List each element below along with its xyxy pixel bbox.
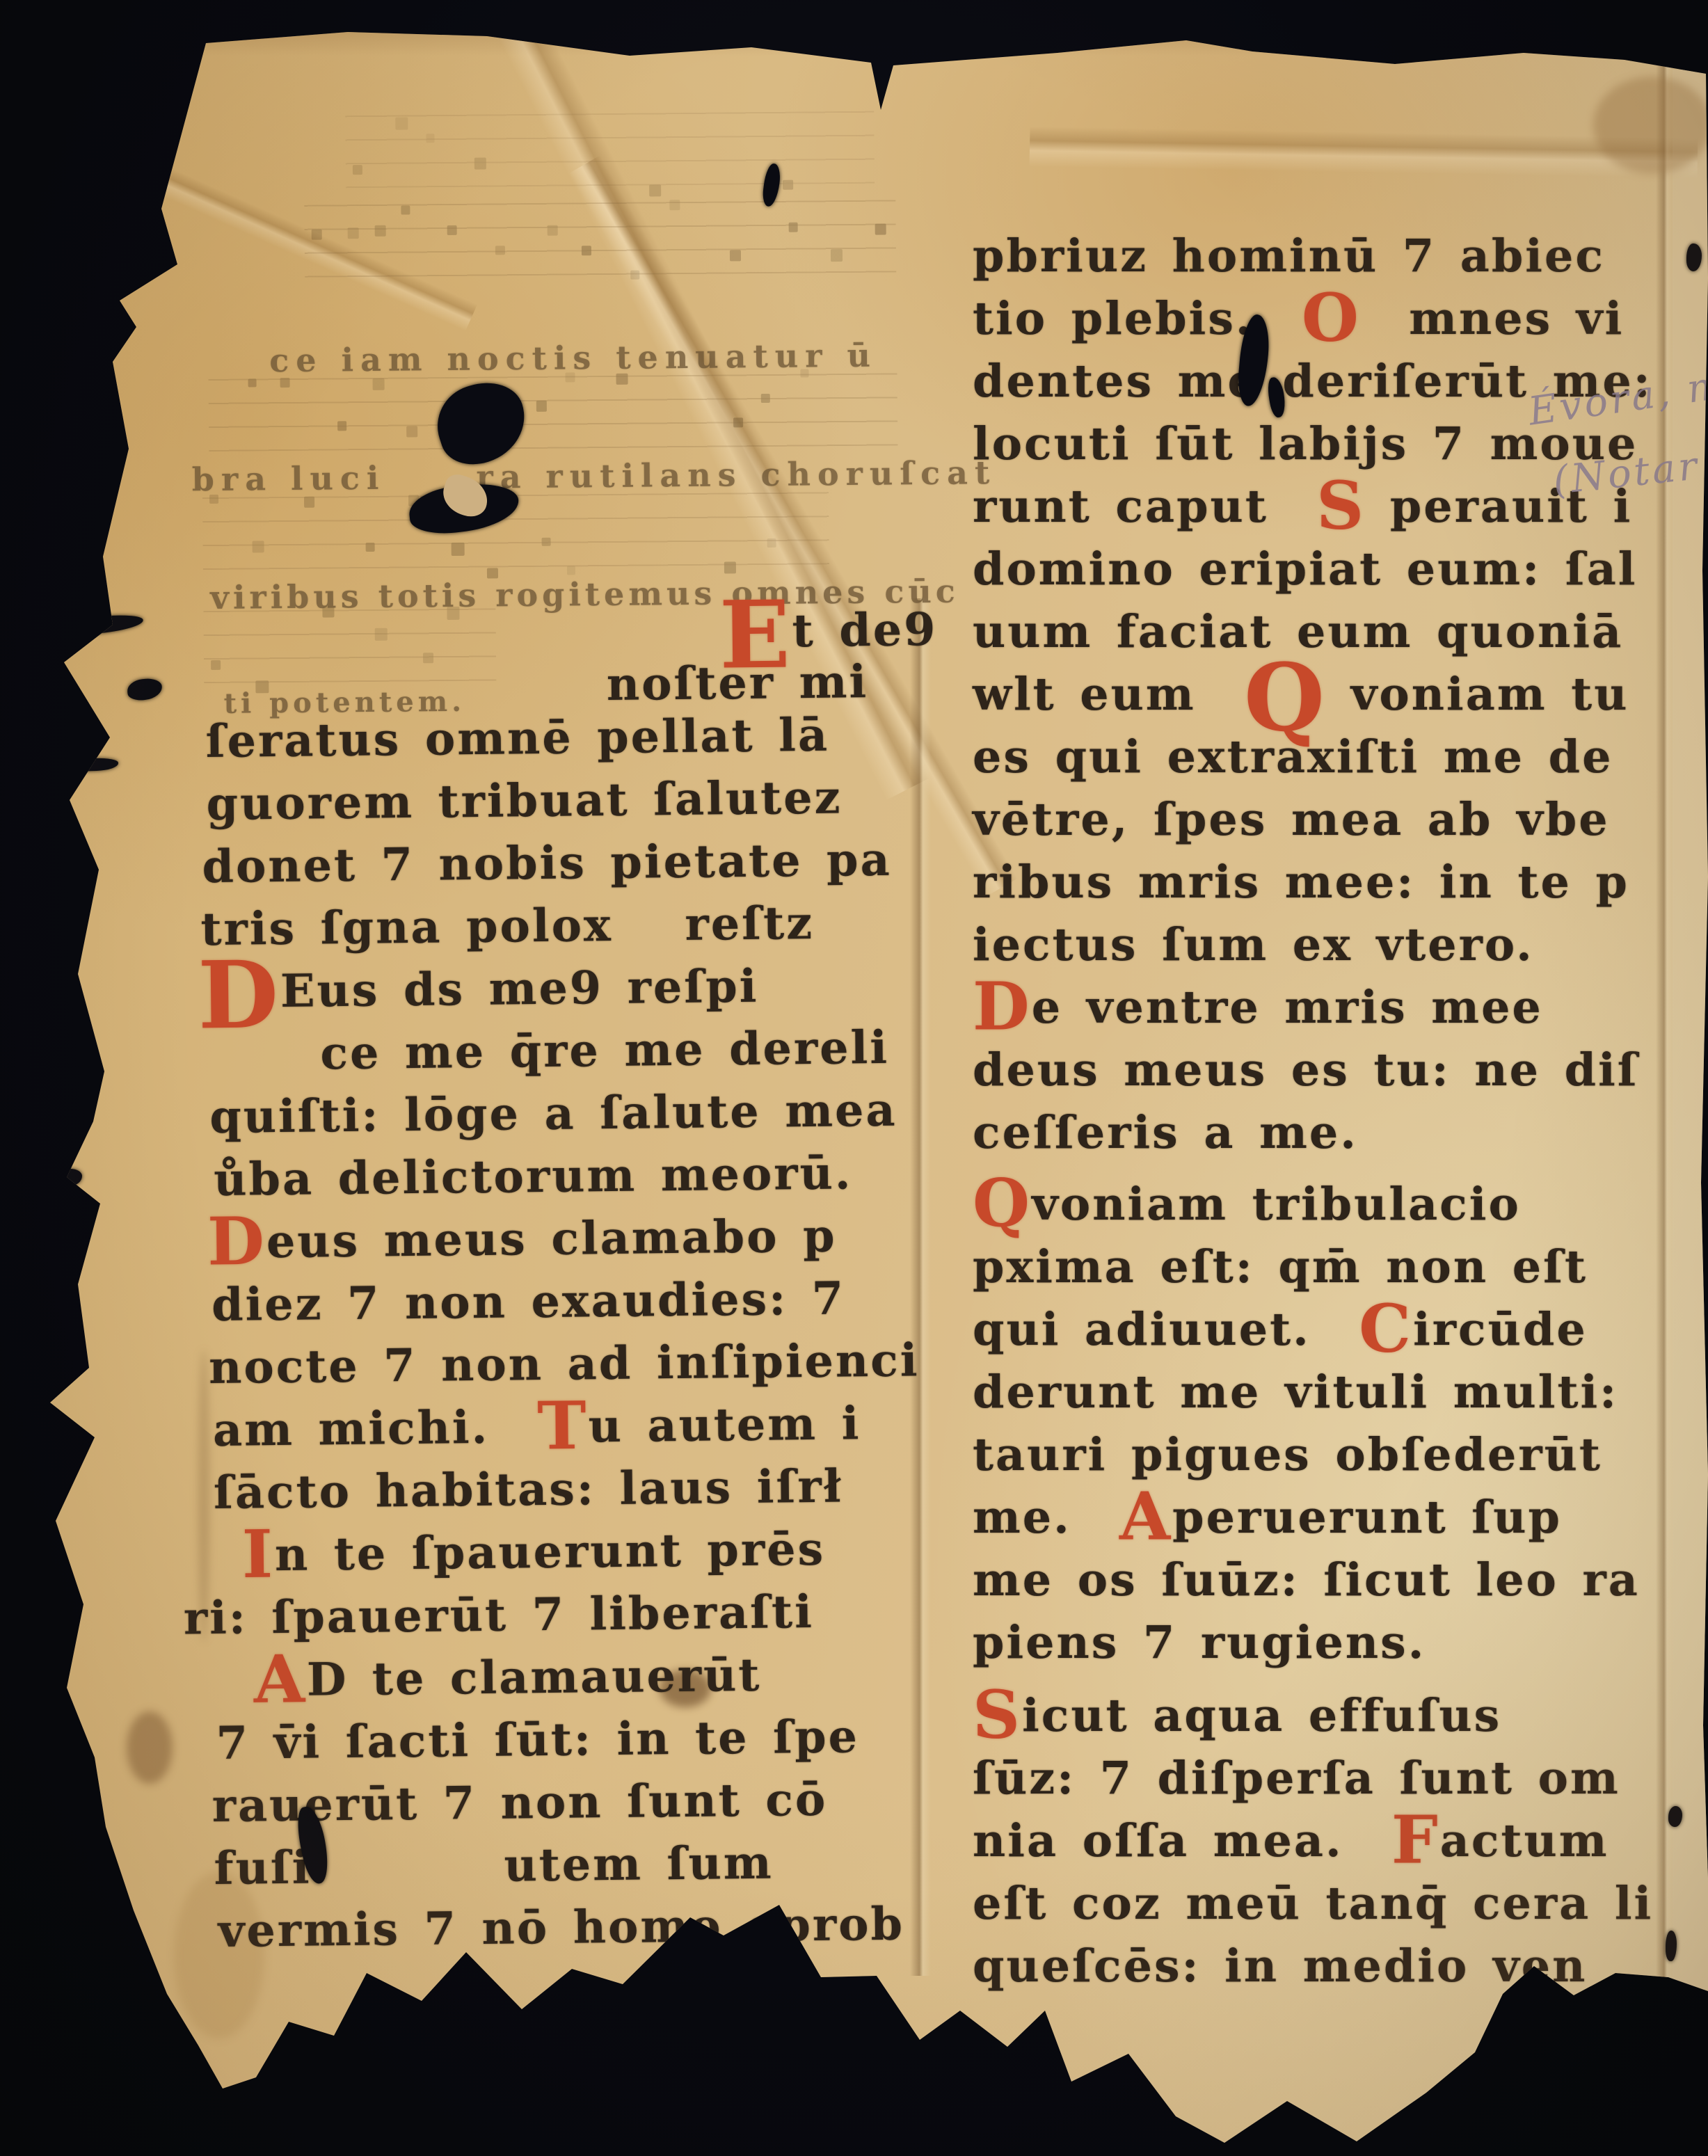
right-text-column: pbriuz hominū 7 abiectio plebis. O mnes …	[0, 0, 1708, 2156]
text-line: qui adiuuet. Circūde	[973, 1303, 1588, 1356]
text-line: derunt me vituli multi:	[973, 1366, 1618, 1419]
text-line: es qui extraxiſti me de	[973, 730, 1613, 783]
text-line: ſūz: 7 diſperſa ſunt om	[973, 1752, 1620, 1805]
text-line: tauri pigues obſederūt	[973, 1428, 1602, 1481]
text-line: vētre, ſpes mea ab vbe	[973, 793, 1610, 846]
text-line: iectus ſum ex vtero.	[973, 918, 1534, 971]
text-line: eſt coz meū tanq̄ cera li	[973, 1877, 1653, 1930]
text-line: deus meus es tu: ne diſ	[973, 1044, 1639, 1096]
text-line: wlt eum Q voniam tu	[973, 668, 1629, 721]
text-line: domino eripiat eum: ſal	[973, 543, 1638, 596]
text-line: Qvoniam tribulacio	[973, 1178, 1521, 1231]
text-line: queſcēs: in medio ven	[973, 1940, 1587, 1993]
text-line: pbriuz hominū 7 abiec	[973, 230, 1605, 282]
text-line: Sicut aqua effuſus	[973, 1689, 1501, 1742]
text-line: me os ſuūz: ſicut leo ra	[973, 1554, 1640, 1606]
text-line: tio plebis. O mnes vi	[973, 292, 1624, 345]
text-line: De ventre mris mee	[973, 981, 1543, 1034]
text-line: ceſſeris a me.	[973, 1106, 1358, 1159]
text-line: runt caput S perauit i	[973, 480, 1632, 533]
text-line: nia oſſa mea. Factum	[973, 1814, 1609, 1867]
text-line: pxima eſt: qm̄ non eſt	[973, 1240, 1588, 1293]
text-line: piens 7 rugiens.	[973, 1616, 1426, 1669]
parchment-leaf: ce iam noctis tenuatur ūbra luci ra ruti…	[0, 0, 1708, 2156]
text-line: me. Aperuerunt ſup	[973, 1491, 1562, 1544]
text-line: ribus mris mee: in te p	[973, 856, 1629, 909]
